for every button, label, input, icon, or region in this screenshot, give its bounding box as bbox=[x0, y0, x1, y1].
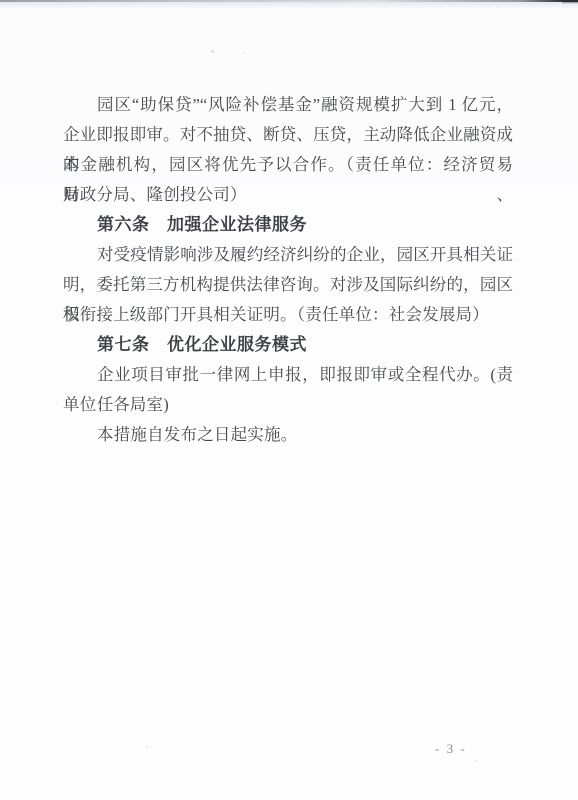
paragraph-line: 明，委托第三方机构提供法律咨询。对涉及国际纠纷的，园区积 bbox=[63, 270, 513, 300]
scan-corner-mark bbox=[562, 0, 578, 4]
scan-speck bbox=[243, 52, 245, 54]
paragraph-line: 对受疫情影响涉及履约经济纠纷的企业，园区开具相关证 bbox=[63, 240, 513, 270]
scan-speck bbox=[211, 50, 214, 53]
document-body: 园区“助保贷”“风险补偿基金”融资规模扩大到 1 亿元， 企业即报即审。对不抽贷… bbox=[63, 90, 513, 450]
paragraph-line: 企业即报即审。对不抽贷、断贷、压贷，主动降低企业融资成本 bbox=[63, 120, 513, 150]
paragraph-line: 的金融机构，园区将优先予以合作。（责任单位：经济贸易局、 bbox=[63, 150, 513, 180]
scanned-document-page: 园区“助保贷”“风险补偿基金”融资规模扩大到 1 亿元， 企业即报即审。对不抽贷… bbox=[0, 0, 578, 800]
paragraph-line: 企业项目审批一律网上申报，即报即审或全程代办。(责任 bbox=[63, 360, 513, 390]
section-heading-article-7: 第七条 优化企业服务模式 bbox=[63, 330, 513, 360]
scan-edge-fade bbox=[0, 2, 578, 9]
section-heading-article-6: 第六条 加强企业法律服务 bbox=[63, 210, 513, 240]
paragraph-line: 本措施自发布之日起实施。 bbox=[63, 420, 513, 450]
page-number: - 3 - bbox=[435, 740, 467, 758]
paragraph-line: 极衔接上级部门开具相关证明。（责任单位：社会发展局） bbox=[63, 300, 513, 330]
scan-speck bbox=[474, 760, 477, 762]
paragraph-line: 园区“助保贷”“风险补偿基金”融资规模扩大到 1 亿元， bbox=[63, 90, 513, 120]
scan-speck bbox=[146, 746, 148, 748]
paragraph-line: 单位：各局室) bbox=[63, 390, 513, 420]
